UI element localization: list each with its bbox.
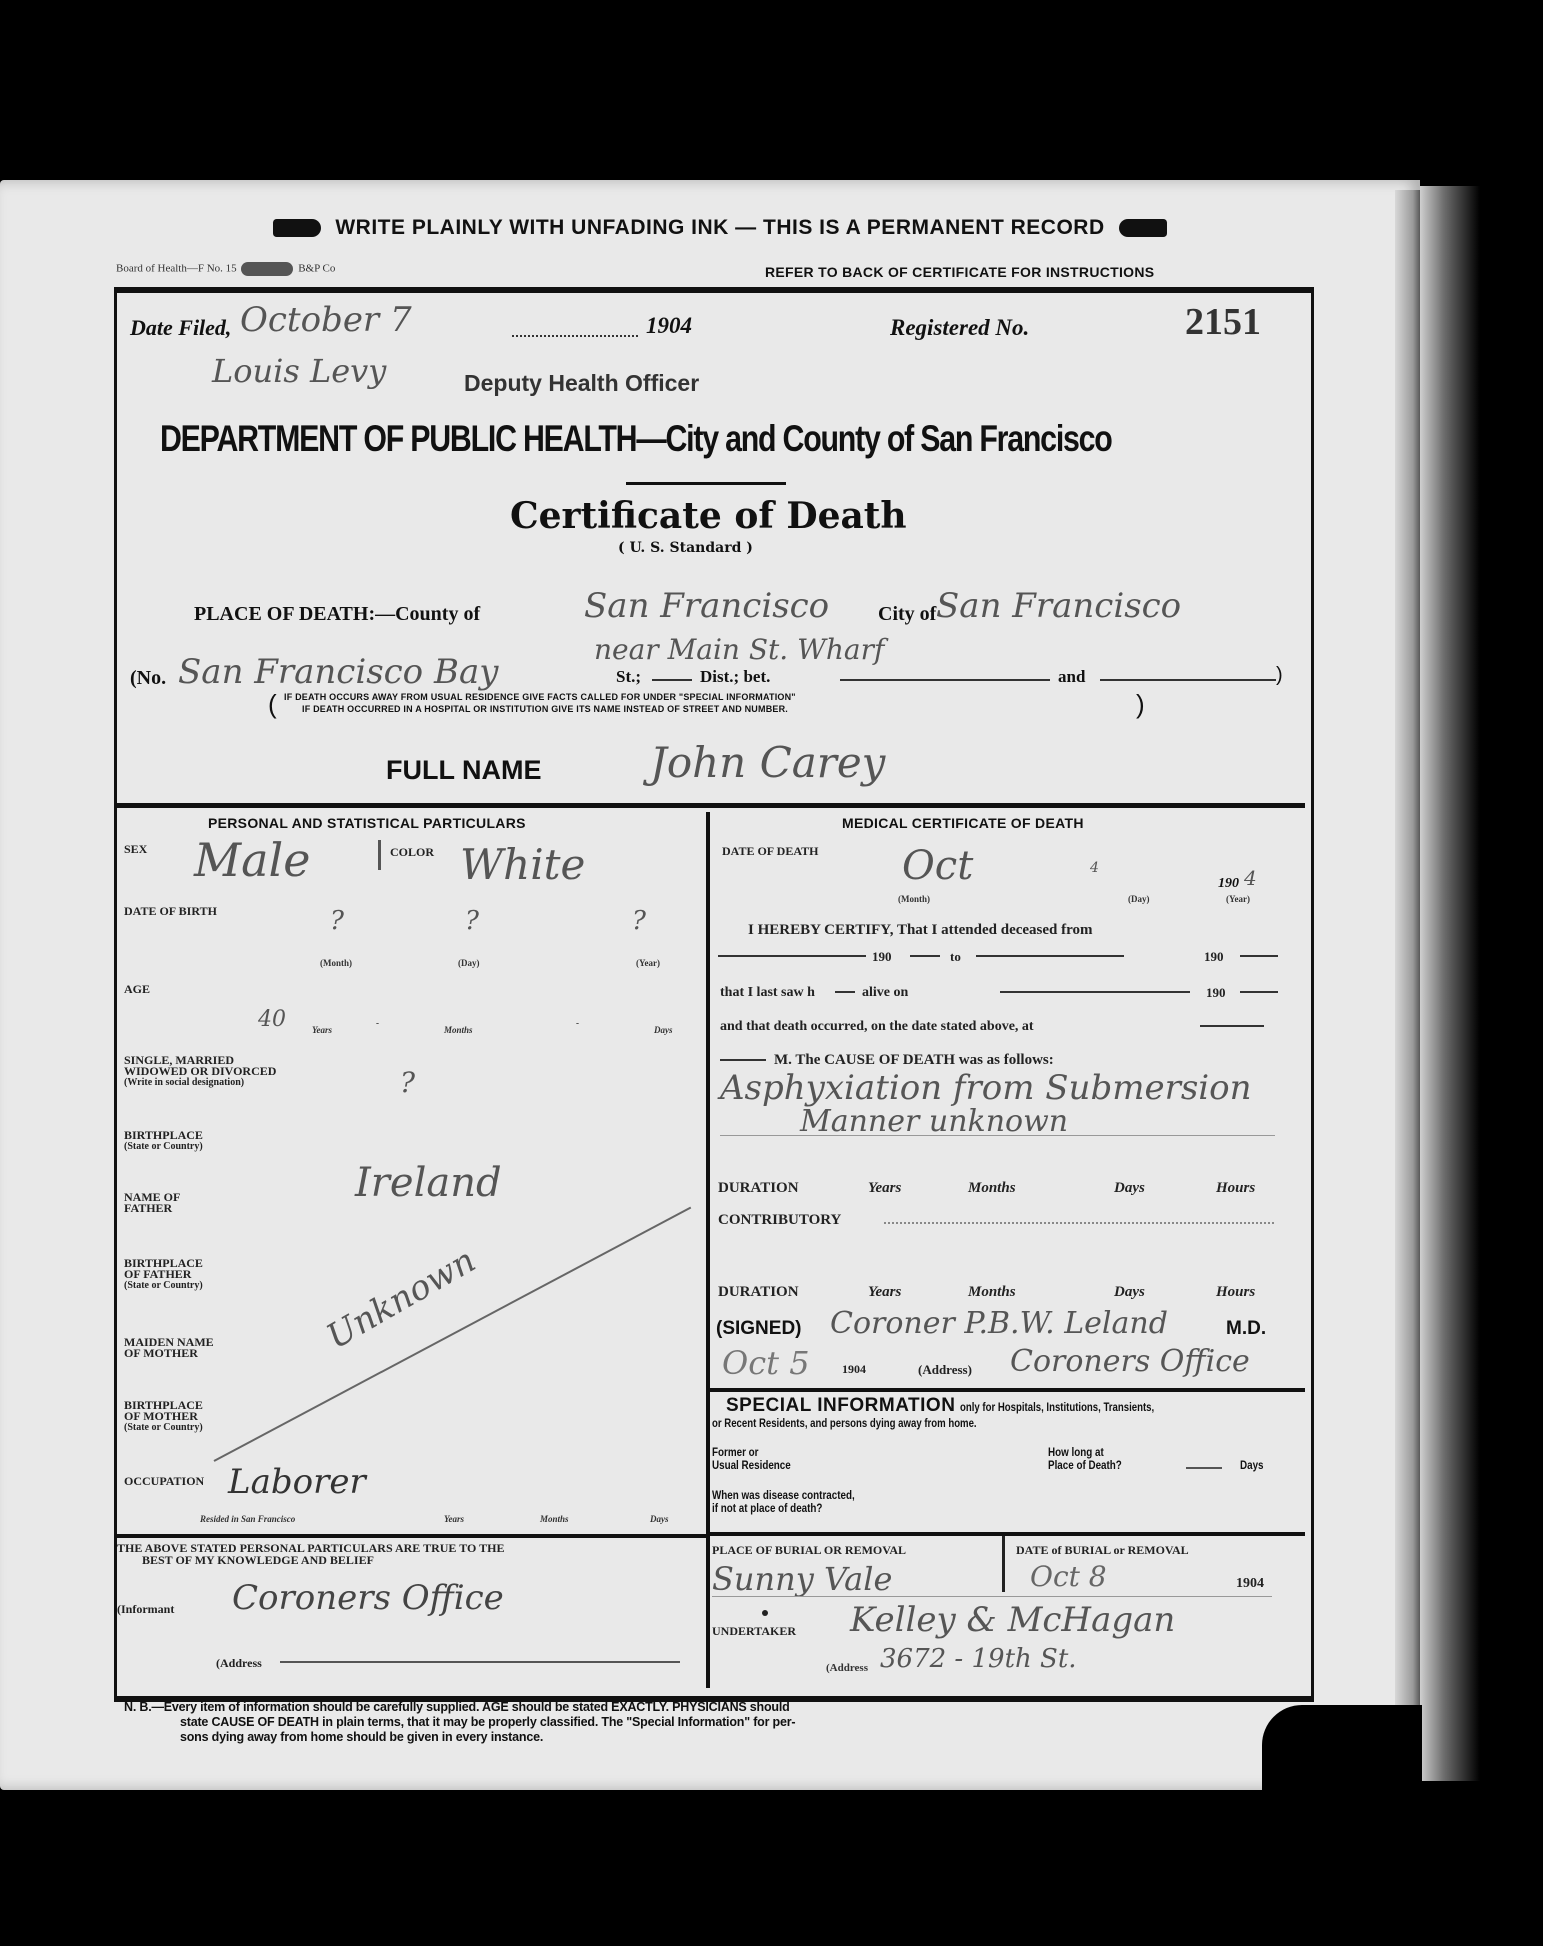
title-divider — [626, 482, 786, 485]
burial-divider — [709, 1532, 1305, 1536]
registered-no-label: Registered No. — [890, 315, 1029, 341]
am-pm-line — [720, 1059, 766, 1061]
duration-months: Months — [968, 1180, 1016, 1197]
burial-place-label: PLACE OF BURIAL OR REMOVAL — [712, 1545, 906, 1556]
special-heading-line2: or Recent Residents, and persons dying a… — [712, 1416, 977, 1430]
footer-note: N. B.—Every item of information should b… — [124, 1700, 1184, 1745]
date-filed-label: Date Filed, — [130, 315, 231, 341]
year-filed: 1904 — [646, 313, 692, 339]
column-divider — [706, 812, 710, 1688]
permanent-record-banner: WRITE PLAINLY WITH UNFADING INK — THIS I… — [170, 216, 1270, 240]
age-years-caption: Years — [312, 1025, 332, 1035]
father-birthplace-label: BIRTHPLACE OF FATHER (State or Country) — [124, 1258, 203, 1291]
birthplace-label: BIRTHPLACE (State or Country) — [124, 1130, 203, 1152]
duration2-days: Days — [1114, 1284, 1145, 1301]
dod-month-caption: (Month) — [898, 894, 930, 904]
marital-label: SINGLE, MARRIED WIDOWED OR DIVORCED (Wri… — [124, 1055, 276, 1088]
dod-day-value: 4 — [1090, 860, 1099, 876]
contributory-label: CONTRIBUTORY — [718, 1212, 841, 1229]
occupation-label: OCCUPATION — [124, 1476, 204, 1487]
personal-attest-divider — [117, 1534, 707, 1538]
doctor-address-label: (Address) — [918, 1362, 972, 1378]
dod-label: DATE OF DEATH — [722, 846, 818, 857]
alive-year-line — [1240, 991, 1278, 993]
district-line — [840, 679, 1050, 681]
county-value: San Francisco — [584, 586, 829, 626]
occupation-value: Laborer — [228, 1462, 366, 1502]
registered-no-value: 2151 — [1185, 300, 1261, 344]
dob-year-value: ? — [632, 906, 646, 936]
age-months-caption: Months — [444, 1025, 473, 1035]
burial-date-value: Oct 8 — [1030, 1560, 1107, 1593]
duration2-label: DURATION — [718, 1284, 799, 1301]
district-label: Dist.; bet. — [700, 667, 770, 687]
attest-line2: BEST OF MY KNOWLEDGE AND BELIEF — [142, 1555, 374, 1566]
age-days-caption: Days — [654, 1025, 673, 1035]
burial-line — [712, 1596, 1272, 1597]
marital-value: ? — [400, 1066, 415, 1099]
certificate-title: Certificate of Death — [510, 495, 907, 537]
dod-year-prefix: 190 — [1218, 876, 1239, 892]
birthplace-value: Ireland — [355, 1160, 502, 1206]
dod-month-value: Oct — [902, 843, 973, 889]
dob-year-caption: (Year) — [636, 958, 660, 968]
dob-month-caption: (Month) — [320, 958, 352, 968]
signed-value: Coroner P.B.W. Leland — [830, 1306, 1168, 1341]
undertaker-value: Kelley & McHagan — [850, 1600, 1175, 1640]
contributory-line — [884, 1222, 1274, 1224]
mother-birthplace-label: BIRTHPLACE OF MOTHER (State or Country) — [124, 1400, 203, 1433]
special-heading-row: SPECIAL INFORMATION only for Hospitals, … — [726, 1395, 1203, 1417]
dod-year-caption: (Year) — [1226, 894, 1250, 904]
union-label-seal-icon — [241, 262, 293, 276]
special-divider — [709, 1388, 1305, 1392]
cause-value-1: Asphyxiation from Submersion — [720, 1068, 1252, 1108]
dob-day-caption: (Day) — [458, 958, 480, 968]
last-saw-label: that I last saw h — [720, 985, 815, 1001]
contracted-label: When was disease contracted, if not at p… — [712, 1489, 855, 1515]
from-year-line — [910, 955, 940, 957]
and-line — [1100, 679, 1276, 681]
age-months-value: - — [376, 1018, 379, 1028]
duration-hours: Hours — [1216, 1180, 1255, 1197]
to-year: 190 — [1204, 949, 1224, 965]
dob-day-value: ? — [465, 906, 479, 936]
burial-place-value: Sunny Vale — [712, 1560, 892, 1598]
signed-label: (SIGNED) — [716, 1318, 802, 1340]
street-line — [652, 679, 692, 681]
full-name-label: FULL NAME — [386, 755, 542, 786]
department-title: DEPARTMENT OF PUBLIC HEALTH—City and Cou… — [160, 418, 1112, 460]
certify-line: I HEREBY CERTIFY, That I attended deceas… — [748, 922, 1093, 939]
occurred-line: and that death occurred, on the date sta… — [720, 1019, 1034, 1035]
scan-shadow — [1262, 1705, 1422, 1790]
dod-day-caption: (Day) — [1128, 894, 1150, 904]
dod-year-suffix: 4 — [1244, 866, 1257, 890]
resided-years-caption: Years — [444, 1514, 464, 1524]
duration-years: Years — [868, 1180, 901, 1197]
to-year-line — [1240, 955, 1278, 957]
mother-maiden-label: MAIDEN NAME OF MOTHER — [124, 1337, 214, 1359]
how-long-days-label: Days — [1240, 1459, 1264, 1472]
signed-year: 1904 — [842, 1362, 866, 1377]
from-date-line — [718, 955, 866, 957]
age-days-value: - — [576, 1018, 579, 1028]
medical-heading: MEDICAL CERTIFICATE OF DEATH — [842, 815, 1084, 831]
signed-date: Oct 5 — [722, 1344, 810, 1382]
how-long-line — [1186, 1467, 1222, 1469]
doctor-address-value: Coroners Office — [1010, 1344, 1250, 1379]
former-residence-label: Former or Usual Residence — [712, 1446, 791, 1472]
date-filed-value: October 7 — [240, 300, 412, 340]
informant-address-line — [280, 1661, 680, 1663]
alive-year: 190 — [1206, 985, 1226, 1001]
place-note-line2: IF DEATH OCCURRED IN A HOSPITAL OR INSTI… — [302, 704, 788, 714]
place-of-death-label: PLACE OF DEATH:—County of — [194, 603, 480, 626]
duration-days: Days — [1114, 1180, 1145, 1197]
street-label: St.; — [616, 667, 641, 687]
pointing-hand-icon — [1119, 219, 1167, 237]
city-label: City of — [878, 603, 936, 626]
form-number: Board of Health—F No. 15 B&P Co — [116, 262, 335, 276]
note-paren-open: ( — [268, 689, 277, 720]
duration2-hours: Hours — [1216, 1284, 1255, 1301]
duration2-years: Years — [868, 1284, 901, 1301]
alive-on-line — [1000, 991, 1190, 993]
section-divider — [117, 803, 1305, 808]
informant-value: Coroners Office — [232, 1578, 504, 1618]
pointing-hand-icon — [273, 219, 321, 237]
cause-label: M. The CAUSE OF DEATH was as follows: — [774, 1052, 1054, 1069]
paren-close: ) — [1276, 664, 1283, 687]
informant-address-label: (Address — [216, 1658, 262, 1669]
dob-month-value: ? — [330, 906, 344, 936]
near-location-value: near Main St. Wharf — [594, 633, 884, 666]
undertaker-label: UNDERTAKER — [712, 1626, 796, 1637]
age-label: AGE — [124, 984, 150, 995]
father-name-label: NAME OF FATHER — [124, 1192, 180, 1214]
us-standard-label: ( U. S. Standard ) — [618, 540, 753, 556]
resided-months-caption: Months — [540, 1514, 569, 1524]
personal-heading: PERSONAL AND STATISTICAL PARTICULARS — [208, 815, 526, 831]
date-filed-line — [512, 335, 638, 337]
md-label: M.D. — [1226, 1318, 1266, 1340]
cause-value-2: Manner unknown — [800, 1104, 1068, 1139]
sex-value: Male — [194, 833, 310, 887]
cause-line — [720, 1135, 1275, 1136]
last-saw-line — [835, 991, 855, 993]
officer-signature: Louis Levy — [212, 352, 386, 390]
burial-year: 1904 — [1236, 1576, 1264, 1592]
dob-label: DATE OF BIRTH — [124, 906, 217, 917]
note-paren-close: ) — [1136, 689, 1145, 720]
duration-label: DURATION — [718, 1180, 799, 1197]
burial-date-label: DATE of BURIAL or REMOVAL — [1016, 1545, 1189, 1556]
undertaker-address-label: (Address — [826, 1662, 868, 1674]
color-label: COLOR — [390, 847, 434, 858]
resided-label: Resided in San Francisco — [200, 1514, 295, 1524]
undertaker-address-value: 3672 - 19th St. — [880, 1644, 1077, 1674]
alive-on-label: alive on — [862, 985, 908, 1001]
street-no-label: (No. — [130, 667, 166, 690]
officer-title: Deputy Health Officer — [464, 370, 699, 397]
full-name-value: John Carey — [650, 738, 885, 787]
street-no-value: San Francisco Bay — [178, 652, 498, 692]
bullet-icon — [762, 1610, 768, 1616]
age-years-value: 40 — [258, 1007, 286, 1032]
refer-instructions: REFER TO BACK OF CERTIFICATE FOR INSTRUC… — [765, 264, 1154, 280]
resided-days-caption: Days — [650, 1514, 669, 1524]
city-value: San Francisco — [936, 586, 1181, 626]
occurred-time-line — [1200, 1025, 1264, 1027]
to-date-line — [976, 955, 1124, 957]
burial-separator — [1002, 1536, 1005, 1592]
to-label: to — [950, 949, 961, 965]
adjacent-page-edge — [1420, 186, 1480, 1781]
how-long-label: How long at Place of Death? — [1048, 1446, 1122, 1472]
place-note-line1: IF DEATH OCCURS AWAY FROM USUAL RESIDENC… — [284, 692, 796, 702]
color-value: White — [460, 840, 585, 889]
informant-label: (Informant — [117, 1604, 174, 1615]
duration2-months: Months — [968, 1284, 1016, 1301]
sex-label: SEX — [124, 844, 147, 855]
sex-color-separator — [378, 840, 381, 870]
and-label: and — [1058, 667, 1085, 687]
from-year: 190 — [872, 949, 892, 965]
